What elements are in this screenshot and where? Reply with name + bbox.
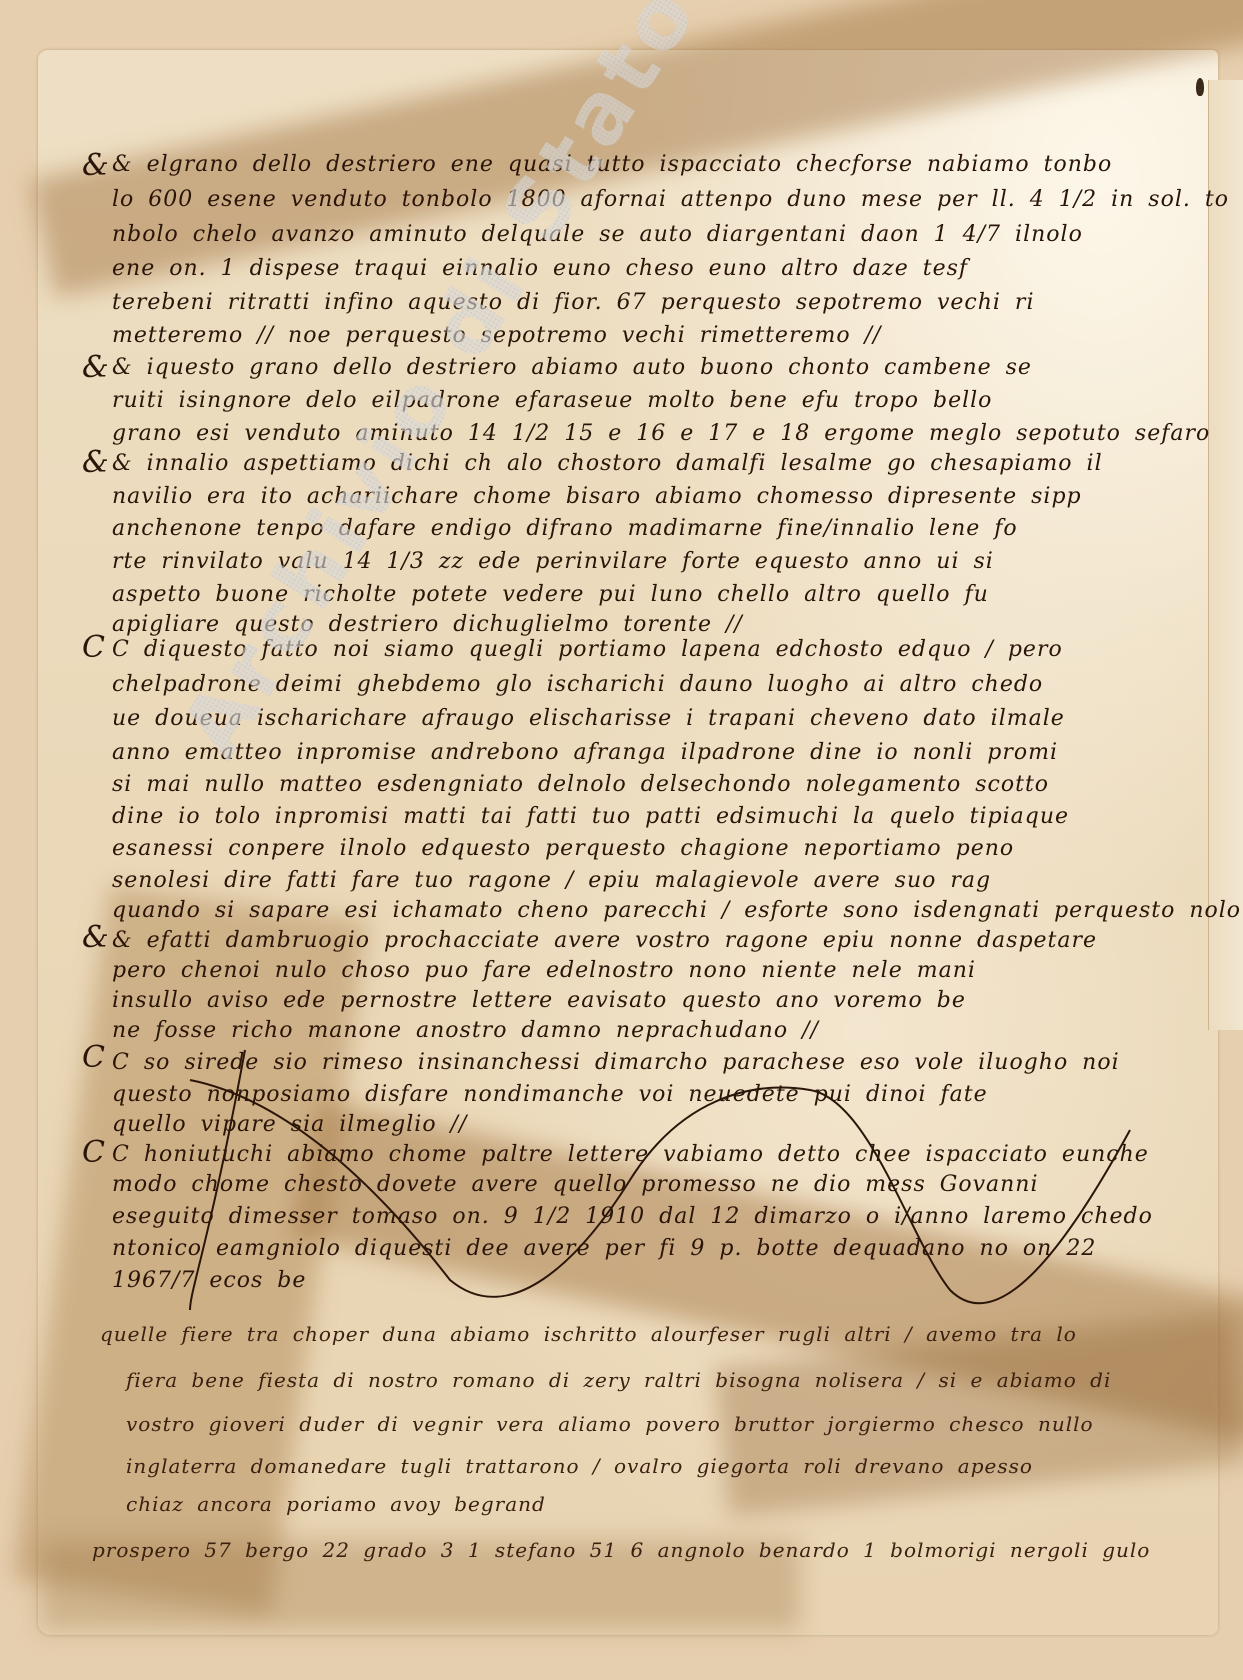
postscript-line: vostro gioveri duder di vegnir vera alia… bbox=[126, 1412, 1094, 1436]
postscript-line: inglaterra domanedare tugli trattarono /… bbox=[126, 1454, 1033, 1478]
text-line: chelpadrone deimi ghebdemo glo ischarich… bbox=[112, 672, 1043, 697]
text-line: anno ematteo inpromise andrebono afranga… bbox=[112, 740, 1058, 765]
postscript-line: chiaz ancora poriamo avoy begrand bbox=[126, 1492, 546, 1516]
text-line: & efatti dambruogio prochacciate avere v… bbox=[112, 928, 1097, 953]
text-line: & iquesto grano dello destriero abiamo a… bbox=[112, 355, 1032, 380]
text-line: grano esi venduto aminuto 14 1/2 15 e 16… bbox=[112, 421, 1210, 446]
letter-body: & & elgrano dello destriero ene quasi tu… bbox=[0, 0, 1243, 1680]
text-line: dine io tolo inpromisi matti tai fatti t… bbox=[112, 804, 1069, 829]
text-line: si mai nullo matteo esdengniato delnolo … bbox=[112, 772, 1049, 797]
text-line: terebeni ritratti infino aquesto di fior… bbox=[112, 290, 1035, 315]
text-line: ue doueua ischarichare afraugo elischari… bbox=[112, 706, 1065, 731]
paragraph-marker: C bbox=[82, 1135, 105, 1170]
text-line: pero chenoi nulo choso puo fare edelnost… bbox=[112, 958, 976, 983]
text-line: C so sirede sio rimeso insinanchessi dim… bbox=[112, 1050, 1120, 1075]
signature-line: prospero 57 bergo 22 grado 3 1 stefano 5… bbox=[92, 1538, 1150, 1562]
paragraph-marker: & bbox=[82, 920, 109, 955]
text-line: apigliare questo destriero dichuglielmo … bbox=[112, 612, 743, 637]
postscript-line: fiera bene fiesta di nostro romano di ze… bbox=[126, 1368, 1111, 1392]
postscript-line: quelle fiere tra choper duna abiamo isch… bbox=[100, 1322, 1077, 1346]
text-line: ntonico eamgniolo diquesti dee avere per… bbox=[112, 1236, 1096, 1261]
text-line: & innalio aspettiamo dichi ch alo chosto… bbox=[112, 451, 1103, 476]
text-line: & elgrano dello destriero ene quasi tutt… bbox=[112, 152, 1112, 177]
text-line: senolesi dire fatti fare tuo ragone / ep… bbox=[112, 868, 991, 893]
paragraph-marker: & bbox=[82, 445, 109, 480]
text-line: modo chome chesto dovete avere quello pr… bbox=[112, 1172, 1039, 1197]
text-line: anchenone tenpo dafare endigo difrano ma… bbox=[112, 516, 1018, 541]
text-line: C diquesto fatto noi siamo quegli portia… bbox=[112, 637, 1063, 662]
text-line: questo nonposiamo disfare nondimanche vo… bbox=[112, 1082, 988, 1107]
text-line: ruiti isingnore delo eilpadrone efaraseu… bbox=[112, 388, 992, 413]
text-line: insullo aviso ede pernostre lettere eavi… bbox=[112, 988, 966, 1013]
text-line: aspetto buone richolte potete vedere pui… bbox=[112, 582, 989, 607]
text-line: lo 600 esene venduto tonbolo 1800 aforna… bbox=[112, 187, 1229, 212]
text-line: eseguito dimesser tomaso on. 9 1/2 1910 … bbox=[112, 1204, 1153, 1229]
paragraph-marker: C bbox=[82, 1040, 105, 1075]
paragraph-marker: & bbox=[82, 350, 109, 385]
text-line: ne fosse richo manone anostro damno nepr… bbox=[112, 1018, 819, 1043]
paragraph-marker: C bbox=[82, 630, 105, 665]
paragraph-marker: & bbox=[82, 148, 109, 183]
text-line: quello vipare sia ilmeglio // bbox=[112, 1112, 467, 1137]
text-line: nbolo chelo avanzo aminuto delquale se a… bbox=[112, 222, 1083, 247]
text-line: metteremo // noe perquesto sepotremo vec… bbox=[112, 323, 881, 348]
text-line: 1967/7 ecos be bbox=[112, 1268, 306, 1293]
text-line: esanessi conpere ilnolo edquesto perques… bbox=[112, 836, 1014, 861]
text-line: quando si sapare esi ichamato cheno pare… bbox=[112, 898, 1241, 923]
text-line: ene on. 1 dispese traqui einnalio euno c… bbox=[112, 256, 968, 281]
text-line: navilio era ito achariichare chome bisar… bbox=[112, 484, 1082, 509]
text-line: C honiutuchi abiamo chome paltre lettere… bbox=[112, 1142, 1149, 1167]
text-line: rte rinvilato valu 14 1/3 zz ede perinvi… bbox=[112, 549, 994, 574]
